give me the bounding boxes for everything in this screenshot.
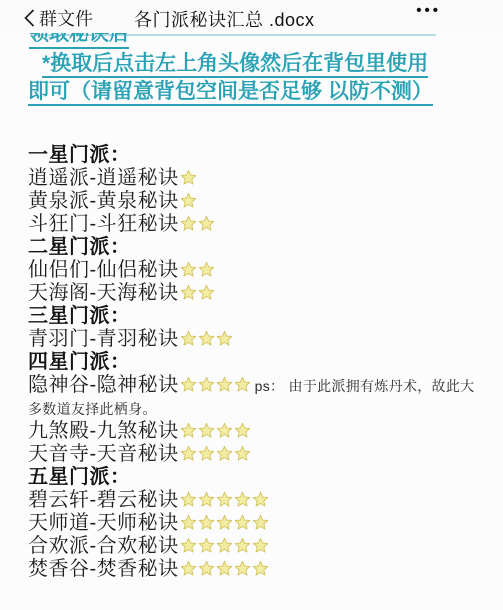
notice-line-1: *换取后点击左上角头像然后在背包里使用 bbox=[42, 51, 475, 79]
star-icon bbox=[198, 330, 215, 347]
row-label: 焚香谷-焚香秘诀 bbox=[28, 558, 179, 580]
star-icon bbox=[180, 422, 197, 439]
star-icon bbox=[216, 330, 233, 347]
row-label: 二星门派： bbox=[28, 236, 131, 258]
star-icon bbox=[216, 491, 233, 508]
doc-preview-screen: 群文件 各门派秘诀汇总 .docx ••• 领取秘诀后 *换取后点击左上角头像然… bbox=[0, 0, 503, 610]
star-icon bbox=[198, 215, 215, 232]
star-icon bbox=[252, 514, 269, 531]
star-icon bbox=[198, 284, 215, 301]
list-item: 天音寺-天音秘诀 bbox=[28, 443, 475, 466]
row-label: 黄泉派-黄泉秘诀 bbox=[28, 190, 179, 212]
star-icon bbox=[180, 192, 197, 209]
star-icon bbox=[180, 215, 197, 232]
section-heading: 五星门派： bbox=[28, 466, 475, 489]
list-item: 焚香谷-焚香秘诀 bbox=[28, 558, 475, 581]
row-label: 合欢派-合欢秘诀 bbox=[28, 535, 179, 557]
star-icon bbox=[252, 491, 269, 508]
more-menu-button[interactable]: ••• bbox=[416, 2, 441, 19]
star-icon bbox=[198, 560, 215, 577]
list-item: 碧云轩-碧云秘诀 bbox=[28, 489, 475, 512]
clipped-text-line: 领取秘诀后 bbox=[28, 33, 475, 49]
row-label: 四星门派： bbox=[28, 351, 131, 373]
row-label: 九煞殿-九煞秘诀 bbox=[28, 420, 179, 442]
star-icon bbox=[234, 376, 251, 393]
list-item: 青羽门-青羽秘诀 bbox=[28, 328, 475, 351]
list-item: 隐神谷-隐神秘诀ps： 由于此派拥有炼丹术，故此大多数道友择此栖身。 bbox=[28, 374, 475, 420]
document-title: 各门派秘诀汇总 .docx bbox=[134, 6, 315, 32]
star-icon bbox=[252, 560, 269, 577]
list-item: 天师道-天师秘诀 bbox=[28, 512, 475, 535]
clipped-text: 领取秘诀后 bbox=[29, 33, 129, 49]
list-item: 逍遥派-逍遥秘诀 bbox=[28, 167, 475, 190]
back-label: 群文件 bbox=[39, 5, 93, 31]
row-label: 天师道-天师秘诀 bbox=[28, 512, 179, 534]
section-heading: 一星门派： bbox=[28, 144, 475, 167]
star-icon bbox=[198, 376, 215, 393]
row-label: 天海阁-天海秘诀 bbox=[28, 282, 179, 304]
header: 群文件 各门派秘诀汇总 .docx ••• bbox=[0, 0, 503, 30]
star-icon bbox=[180, 445, 197, 462]
star-icon bbox=[216, 537, 233, 554]
row-label: 五星门派： bbox=[28, 466, 131, 488]
star-icon bbox=[234, 445, 251, 462]
list-item: 天海阁-天海秘诀 bbox=[28, 282, 475, 305]
sect-list: 一星门派：逍遥派-逍遥秘诀黄泉派-黄泉秘诀斗狂门-斗狂秘诀二星门派：仙侣们-仙侣… bbox=[28, 144, 475, 581]
section-heading: 二星门派： bbox=[28, 236, 475, 259]
row-label: 碧云轩-碧云秘诀 bbox=[28, 489, 179, 511]
list-item: 黄泉派-黄泉秘诀 bbox=[28, 190, 475, 213]
star-icon bbox=[216, 376, 233, 393]
star-icon bbox=[180, 560, 197, 577]
back-button[interactable]: 群文件 bbox=[24, 5, 93, 31]
notice-line-2: 即可（请留意背包空间是否足够 以防不测） bbox=[28, 79, 475, 107]
star-icon bbox=[234, 422, 251, 439]
star-icon bbox=[252, 537, 269, 554]
star-icon bbox=[216, 560, 233, 577]
star-icon bbox=[198, 491, 215, 508]
star-icon bbox=[180, 537, 197, 554]
star-icon bbox=[198, 261, 215, 278]
list-item: 斗狂门-斗狂秘诀 bbox=[28, 213, 475, 236]
row-label: 逍遥派-逍遥秘诀 bbox=[28, 167, 179, 189]
star-icon bbox=[180, 169, 197, 186]
star-icon bbox=[198, 445, 215, 462]
list-item: 仙侣们-仙侣秘诀 bbox=[28, 259, 475, 282]
section-heading: 四星门派： bbox=[28, 351, 475, 374]
chevron-left-icon bbox=[24, 9, 35, 27]
row-label: 天音寺-天音秘诀 bbox=[28, 443, 179, 465]
star-icon bbox=[234, 537, 251, 554]
row-label: 青羽门-青羽秘诀 bbox=[28, 328, 179, 350]
star-icon bbox=[216, 514, 233, 531]
star-icon bbox=[180, 261, 197, 278]
star-icon bbox=[234, 560, 251, 577]
document-content: 领取秘诀后 *换取后点击左上角头像然后在背包里使用 即可（请留意背包空间是否足够… bbox=[0, 30, 503, 581]
row-label: 仙侣们-仙侣秘诀 bbox=[28, 259, 179, 281]
star-icon bbox=[216, 445, 233, 462]
row-label: 隐神谷-隐神秘诀 bbox=[28, 374, 179, 396]
list-item: 九煞殿-九煞秘诀 bbox=[28, 420, 475, 443]
star-icon bbox=[180, 284, 197, 301]
star-icon bbox=[198, 514, 215, 531]
row-label: 一星门派： bbox=[28, 144, 131, 166]
row-label: 三星门派： bbox=[28, 305, 131, 327]
row-label: 斗狂门-斗狂秘诀 bbox=[28, 213, 179, 235]
ellipsis-icon: ••• bbox=[416, 2, 441, 19]
star-icon bbox=[198, 422, 215, 439]
star-icon bbox=[180, 491, 197, 508]
list-item: 合欢派-合欢秘诀 bbox=[28, 535, 475, 558]
notice-block: *换取后点击左上角头像然后在背包里使用 即可（请留意背包空间是否足够 以防不测） bbox=[28, 51, 475, 107]
star-icon bbox=[180, 376, 197, 393]
star-icon bbox=[198, 537, 215, 554]
section-heading: 三星门派： bbox=[28, 305, 475, 328]
star-icon bbox=[234, 491, 251, 508]
star-icon bbox=[216, 422, 233, 439]
star-icon bbox=[180, 330, 197, 347]
star-icon bbox=[234, 514, 251, 531]
star-icon bbox=[180, 514, 197, 531]
